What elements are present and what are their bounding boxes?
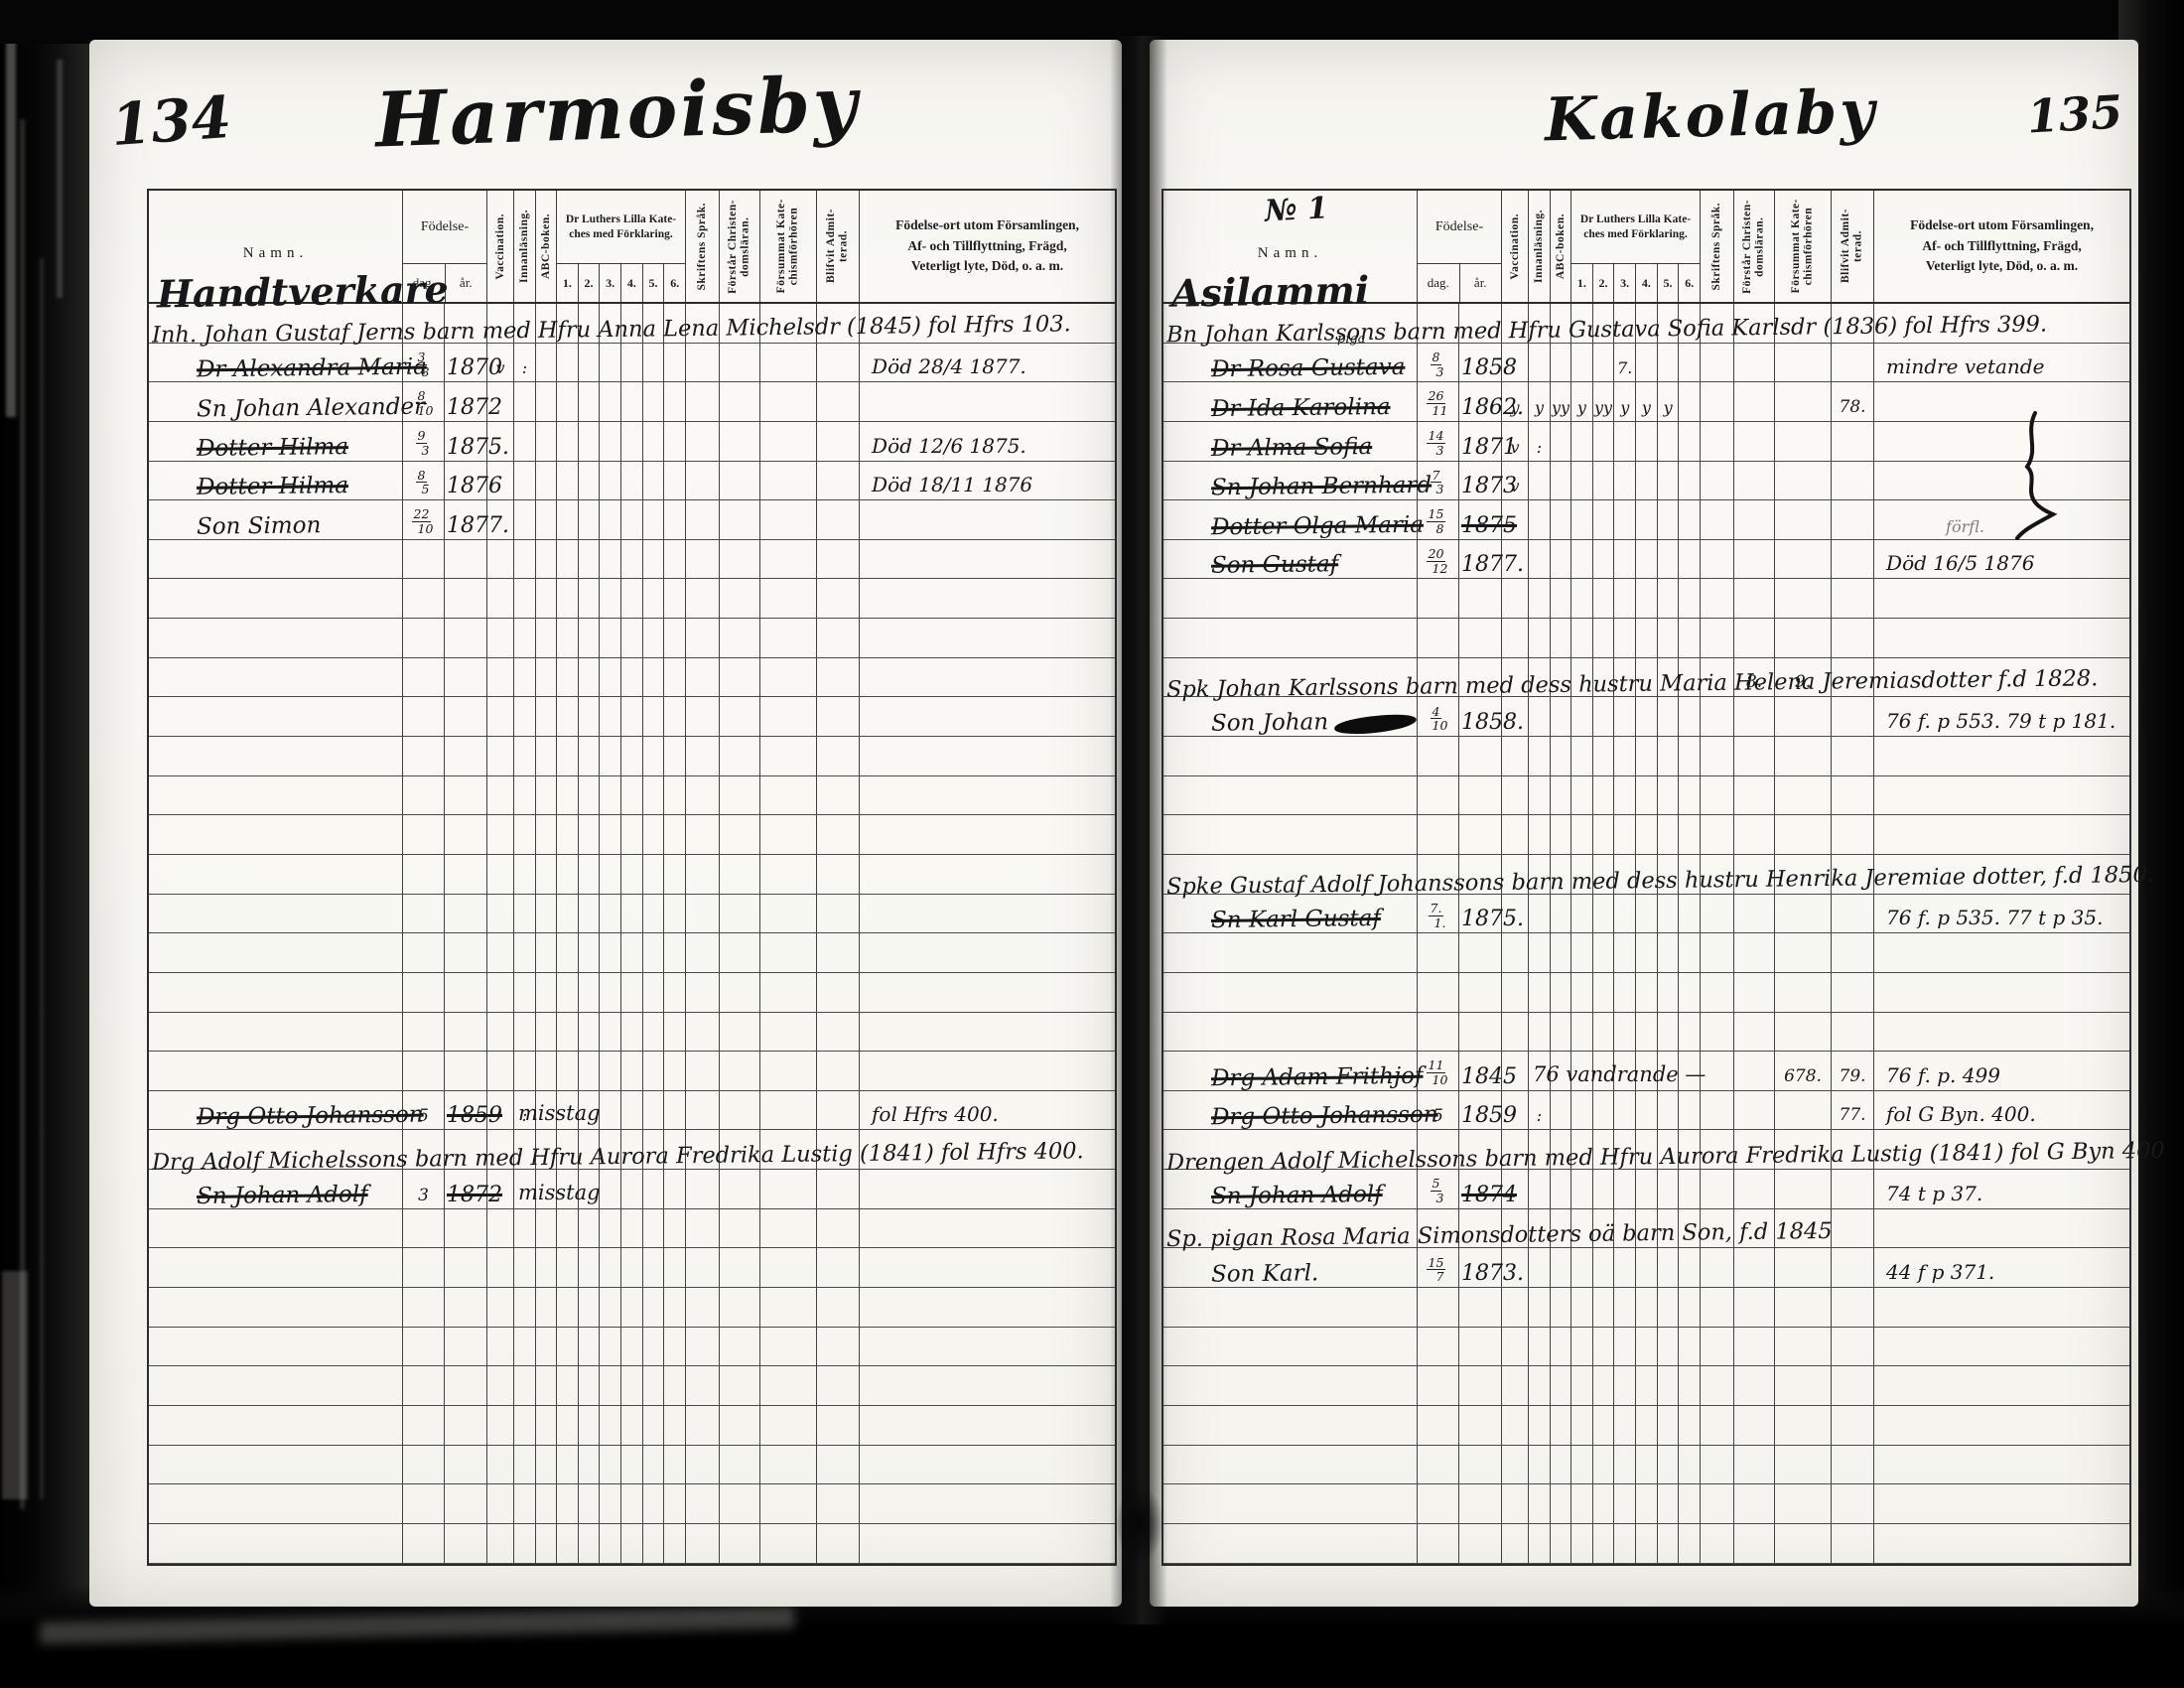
cell-k5	[1679, 422, 1701, 461]
cell-k5	[1679, 619, 1701, 657]
cell-k4	[643, 737, 665, 775]
entry-name: Dotter Hilma	[197, 475, 348, 499]
cell-abc	[536, 619, 557, 657]
header-innanlasning: Innanläsning.	[1529, 191, 1551, 302]
cell-inn: misstag	[514, 1170, 536, 1208]
cell-k0	[557, 1052, 579, 1090]
cell-forstar	[720, 895, 760, 933]
cell-namn	[149, 1052, 403, 1090]
cell-k3: y	[1636, 382, 1658, 421]
cell-skrift	[1701, 382, 1734, 421]
cell-note	[860, 500, 1115, 539]
cell-k2	[600, 540, 621, 579]
cell-k1	[1593, 500, 1615, 539]
section-label: Asilammi	[1171, 267, 1370, 315]
cell-note	[1874, 1524, 2129, 1563]
cell-blifvit	[817, 344, 860, 382]
cell-forstar	[720, 579, 760, 618]
cell-k3	[621, 855, 643, 894]
cell-forsum	[760, 382, 817, 421]
birth-year: 1876	[447, 474, 502, 498]
cell-inn	[514, 973, 536, 1012]
cell-k1	[579, 1288, 601, 1327]
cell-k2: 7.	[1614, 344, 1636, 382]
table-row: Sn Johan Adolf31872misstag	[149, 1170, 1115, 1209]
cell-note	[1874, 815, 2129, 854]
cell-k1	[579, 1013, 601, 1052]
cell-k4	[1658, 1328, 1680, 1366]
cell-k3	[1636, 737, 1658, 775]
cell-skrift	[1701, 1446, 1734, 1484]
cell-ar	[445, 1052, 487, 1090]
kateches-col-2: 2.	[579, 264, 601, 302]
cell-k3	[621, 737, 643, 775]
cell-k3	[621, 619, 643, 657]
table-row: Dotter Hilma931875.Död 12/6 1875.	[149, 422, 1115, 462]
cell-inn	[1529, 815, 1551, 854]
cell-namn	[1163, 1288, 1418, 1327]
cell-k3	[1636, 1288, 1658, 1327]
cell-ar	[1459, 1366, 1502, 1405]
note-text: 76 f. p. 499	[1886, 1063, 2000, 1087]
cell-k0	[557, 1446, 579, 1484]
cell-inn	[1529, 579, 1551, 618]
cell-skrift	[686, 344, 720, 382]
cell-note	[1874, 579, 2129, 618]
cell-k5	[664, 1484, 686, 1523]
cell-note	[1874, 1484, 2129, 1523]
cell-k1	[1593, 1524, 1615, 1563]
cell-forstar	[720, 1052, 760, 1090]
kateches-line1: Dr Luthers Lilla Kate-	[566, 212, 676, 226]
table-row	[149, 737, 1115, 776]
cell-k5	[664, 1091, 686, 1130]
cell-note	[860, 855, 1115, 894]
cell-k0	[1571, 1524, 1593, 1563]
cell-namn	[149, 973, 403, 1012]
cell-namn	[1163, 1366, 1418, 1405]
cell-k4	[643, 1288, 665, 1327]
cell-forsum	[760, 540, 817, 579]
cell-k4	[643, 697, 665, 736]
cell-k3	[1636, 1524, 1658, 1563]
cell-abc	[536, 1209, 557, 1248]
cell-forsum	[760, 1209, 817, 1248]
cell-blifvit	[817, 973, 860, 1012]
cell-k5	[1679, 382, 1701, 421]
cell-forstar	[720, 933, 760, 972]
cell-k2	[1614, 1170, 1636, 1208]
cell-forstar	[1734, 1484, 1775, 1523]
cell-forsum	[760, 1091, 817, 1130]
cell-forsum	[760, 737, 817, 775]
cell-note	[860, 540, 1115, 579]
cell-k0	[1571, 344, 1593, 382]
table-row: Son Johan4101858.76 f. p 553. 79 t p 181…	[1163, 697, 2129, 737]
cell-k2	[600, 815, 621, 854]
cell-k4	[1658, 462, 1680, 500]
cell-k3	[1636, 422, 1658, 461]
cell-forsum	[1775, 540, 1832, 579]
table-row: Sn Karl Gustaf7.1.1875.76 f. p 535. 77 t…	[1163, 895, 2129, 934]
cell-inn	[1529, 500, 1551, 539]
cell-skrift	[686, 1446, 720, 1484]
table-row	[149, 1209, 1115, 1249]
cell-k5	[1679, 1366, 1701, 1405]
cell-k3	[1636, 776, 1658, 815]
cell-namn	[149, 1484, 403, 1523]
cell-k4	[643, 1366, 665, 1405]
cell-k4	[643, 382, 665, 421]
header-forsummat-katechismforhoren: Försummat Kate- chismförhören	[1775, 191, 1832, 302]
table-row	[1163, 1288, 2129, 1328]
cell-blifvit	[817, 462, 860, 500]
cell-forstar	[1734, 540, 1775, 579]
cell-k5	[664, 1052, 686, 1090]
cell-forstar	[720, 500, 760, 539]
kateches-col-1: 1.	[1571, 264, 1593, 302]
cell-forsum	[1775, 462, 1832, 500]
kateches-col-1: 1.	[557, 264, 579, 302]
cell-blifvit	[817, 500, 860, 539]
cell-k3	[621, 973, 643, 1012]
cell-inn	[1529, 1484, 1551, 1523]
cell-forstar	[1734, 382, 1775, 421]
cell-note	[860, 815, 1115, 854]
cell-ar: 1871	[1459, 422, 1502, 461]
table-row	[149, 895, 1115, 934]
cell-k5	[1679, 815, 1701, 854]
notes-line2: Af- och Tillflyttning, Frägd,	[1922, 236, 2081, 257]
cell-k0	[1571, 815, 1593, 854]
cell-dag	[1418, 1366, 1459, 1405]
cell-forstar	[720, 344, 760, 382]
cell-ar	[445, 540, 487, 579]
cell-skrift	[1701, 815, 1734, 854]
cell-dag	[403, 1446, 445, 1484]
cell-skrift	[686, 1524, 720, 1563]
birth-year: 1859	[447, 1103, 502, 1128]
cell-k2	[1614, 462, 1636, 500]
cell-k1	[1593, 344, 1615, 382]
table-row	[149, 1052, 1115, 1091]
cell-k2	[1614, 1328, 1636, 1366]
note-text: fol G Byn. 400.	[1886, 1102, 2036, 1126]
cell-abc	[536, 697, 557, 736]
blifvit-mark: 79.	[1840, 1066, 1866, 1086]
header-skriftens-sprak: Skriftens Språk.	[1701, 191, 1734, 302]
cell-k2	[600, 500, 621, 539]
cell-k0	[1571, 933, 1593, 972]
cell-forsum	[760, 579, 817, 618]
cell-k2	[600, 1484, 621, 1523]
note-text: 76 f. p 553. 79 t p 181.	[1886, 709, 2116, 733]
cell-blifvit	[1832, 579, 1874, 618]
cell-k1	[1593, 697, 1615, 736]
cell-skrift	[1701, 1328, 1734, 1366]
namn-label: Namn.	[243, 245, 308, 262]
cell-blifvit	[817, 619, 860, 657]
cell-k2: y	[1614, 382, 1636, 421]
header-vaccination: Vaccination.	[487, 191, 514, 302]
cell-k3	[621, 344, 643, 382]
cell-inn	[514, 697, 536, 736]
cell-forsum	[760, 1484, 817, 1523]
cell-k1	[579, 382, 601, 421]
cell-blifvit	[1832, 1446, 1874, 1484]
notes-line1: Födelse-ort utom Församlingen,	[1910, 215, 2094, 236]
cell-namn: Drengen Adolf Michelssons barn med Hfru …	[1163, 1130, 1418, 1169]
table-row: Sn Johan Adolf53187474 t p 37.	[1163, 1170, 2129, 1209]
cell-k5	[664, 382, 686, 421]
cell-abc	[1551, 697, 1571, 736]
table-header: № 1 Namn. Asilammi Födelse- dag. år. Vac…	[1163, 191, 2129, 304]
cell-forsum	[760, 658, 817, 697]
kateches-col-5: 5.	[1658, 264, 1680, 302]
entry-name: Drg Adam Frithjof	[1211, 1065, 1424, 1091]
note-text: Död 16/5 1876	[1886, 551, 2034, 575]
section-label: Handtverkare	[157, 266, 449, 316]
cell-forsum	[1775, 382, 1832, 421]
cell-k3	[621, 776, 643, 815]
cell-note	[1874, 1406, 2129, 1445]
cell-blifvit	[1832, 737, 1874, 775]
cell-namn	[149, 933, 403, 972]
cell-ar	[1459, 1484, 1502, 1523]
cell-namn	[149, 1446, 403, 1484]
cell-dag	[1418, 1524, 1459, 1563]
cell-vac	[487, 579, 514, 618]
cell-blifvit: 79.	[1832, 1052, 1874, 1090]
cell-skrift	[686, 540, 720, 579]
kateches-line2: ches med Förklaring.	[569, 227, 672, 241]
cell-k0	[557, 1288, 579, 1327]
cell-dag	[403, 776, 445, 815]
cell-k4	[643, 619, 665, 657]
cell-skrift	[686, 895, 720, 933]
cell-k4	[1658, 619, 1680, 657]
cell-k2	[600, 1288, 621, 1327]
cell-forsum	[760, 1052, 817, 1090]
cell-dag	[1418, 973, 1459, 1012]
cell-k0	[557, 422, 579, 461]
cell-ar	[1459, 973, 1502, 1012]
cell-abc	[1551, 933, 1571, 972]
cell-namn	[149, 815, 403, 854]
cell-blifvit	[1832, 1248, 1874, 1287]
cell-forsum	[1775, 895, 1832, 933]
cell-dag	[403, 895, 445, 933]
cell-note	[860, 895, 1115, 933]
cell-k0	[557, 815, 579, 854]
cell-k4	[1658, 1013, 1680, 1052]
birth-day-month: 93	[418, 429, 430, 458]
cell-ar	[445, 737, 487, 775]
cell-k3	[1636, 540, 1658, 579]
cell-k2	[600, 1524, 621, 1563]
cell-k4	[1658, 1170, 1680, 1208]
cell-dag	[403, 1052, 445, 1090]
cell-k1	[579, 658, 601, 697]
cell-k0	[557, 697, 579, 736]
table-row	[149, 855, 1115, 895]
cell-vac	[1502, 1288, 1529, 1327]
kateches-mark: y	[1620, 398, 1629, 417]
cell-k1	[1593, 1170, 1615, 1208]
header-vaccination: Vaccination.	[1502, 191, 1529, 302]
cell-abc	[536, 1484, 557, 1523]
cell-skrift	[686, 382, 720, 421]
table-row	[149, 973, 1115, 1013]
cell-k3	[621, 815, 643, 854]
cell-forstar	[720, 658, 760, 697]
cell-vac	[487, 737, 514, 775]
cell-k5	[1679, 344, 1701, 382]
cell-blifvit	[1832, 462, 1874, 500]
cell-k0	[1571, 1091, 1593, 1130]
cell-k1	[1593, 737, 1615, 775]
cell-dag: 85	[403, 462, 445, 500]
entry-name: Dr Rosa Gustava	[1211, 356, 1406, 381]
cell-forsum	[1775, 1013, 1832, 1052]
cell-k1	[1593, 776, 1615, 815]
entry-name: Dr Alma Sofia	[1211, 436, 1372, 461]
cell-k5	[1679, 697, 1701, 736]
cell-ar	[445, 933, 487, 972]
cell-note	[860, 776, 1115, 815]
binding-streak	[2, 1271, 28, 1499]
cell-k5	[1679, 462, 1701, 500]
cell-k4	[643, 1406, 665, 1445]
cell-inn	[514, 1209, 536, 1248]
cell-dag	[403, 619, 445, 657]
cell-abc	[536, 1446, 557, 1484]
cell-skrift	[686, 658, 720, 697]
cell-namn: Dr Ida Karolina	[1163, 382, 1418, 421]
cell-namn	[149, 540, 403, 579]
cell-k5	[664, 1248, 686, 1287]
cell-namn	[149, 1328, 403, 1366]
cell-k0	[557, 382, 579, 421]
cell-abc	[536, 540, 557, 579]
cell-inn	[514, 540, 536, 579]
cell-k3	[621, 1328, 643, 1366]
cell-k2	[1614, 1248, 1636, 1287]
cell-k1	[579, 855, 601, 894]
cell-ar	[445, 1248, 487, 1287]
cell-namn	[149, 776, 403, 815]
cell-dag	[403, 933, 445, 972]
cell-k0	[557, 737, 579, 775]
cell-ar: 1877.	[1459, 540, 1502, 579]
cell-k3	[1636, 895, 1658, 933]
table-row	[1163, 1328, 2129, 1367]
cell-skrift	[686, 1209, 720, 1248]
cell-k0	[557, 579, 579, 618]
cell-dag: 2210	[403, 500, 445, 539]
cell-abc	[536, 344, 557, 382]
cell-abc	[1551, 344, 1571, 382]
cell-forstar	[720, 1366, 760, 1405]
cell-note	[860, 382, 1115, 421]
cell-forsum	[760, 776, 817, 815]
cell-k5	[1679, 1091, 1701, 1130]
cell-k5	[1679, 1013, 1701, 1052]
cell-abc	[536, 737, 557, 775]
page-number: 134	[109, 83, 234, 159]
birth-day-month: 1110	[1429, 1058, 1448, 1087]
cell-k3	[1636, 1328, 1658, 1366]
cell-note	[860, 737, 1115, 775]
cell-ar: 1858	[1459, 344, 1502, 382]
header-forsummat-katechismforhoren: Försummat Kate- chismförhören	[760, 191, 817, 302]
table-row: Son Gustaf20121877.Död 16/5 1876	[1163, 540, 2129, 580]
cell-k2	[600, 697, 621, 736]
cell-k4	[643, 1170, 665, 1208]
cell-dag	[403, 1484, 445, 1523]
cell-k3	[621, 1406, 643, 1445]
table-row: Son Karl.1571873.44 f p 371.	[1163, 1248, 2129, 1288]
table-row	[1163, 737, 2129, 776]
cell-k1	[1593, 1013, 1615, 1052]
table-row: Dr Rosa Gustavapiga8318587.mindre vetand…	[1163, 344, 2129, 383]
cell-forsum	[760, 815, 817, 854]
cell-k3	[621, 462, 643, 500]
cell-dag	[403, 1248, 445, 1287]
cell-note: fol G Byn. 400.	[1874, 1091, 2129, 1130]
cell-k5	[1679, 1524, 1701, 1563]
cell-k5	[664, 895, 686, 933]
cell-k5	[664, 500, 686, 539]
note-text: Död 28/4 1877.	[872, 354, 1026, 378]
cell-ar	[445, 973, 487, 1012]
cell-k4	[1658, 933, 1680, 972]
cell-abc	[536, 1288, 557, 1327]
cell-k4	[1658, 1524, 1680, 1563]
cell-skrift	[686, 1484, 720, 1523]
cell-abc	[1551, 619, 1571, 657]
cell-k4	[1658, 540, 1680, 579]
cell-k4	[643, 855, 665, 894]
cell-ar	[445, 1209, 487, 1248]
cell-dag: 2611	[1418, 382, 1459, 421]
cell-forsum	[1775, 737, 1832, 775]
table-row: Spke Gustaf Adolf Johanssons barn med de…	[1163, 855, 2129, 895]
cell-k0	[1571, 462, 1593, 500]
cell-abc	[536, 895, 557, 933]
cell-blifvit	[1832, 697, 1874, 736]
cell-k4	[643, 1484, 665, 1523]
cell-vac	[1502, 1366, 1529, 1405]
table-row	[149, 1248, 1115, 1288]
cell-k5	[664, 776, 686, 815]
table-row	[1163, 933, 2129, 973]
village-title: Kakolaby	[1544, 77, 1878, 156]
cell-k1	[1593, 1366, 1615, 1405]
cell-inn	[1529, 1366, 1551, 1405]
header-fodelse: Födelse- dag. år.	[1418, 191, 1502, 302]
cell-abc	[1551, 1288, 1571, 1327]
birth-year: 1872	[447, 1183, 502, 1207]
cell-abc	[1551, 776, 1571, 815]
cell-abc	[1551, 1248, 1571, 1287]
cell-inn	[1529, 1328, 1551, 1366]
cell-inn	[514, 1484, 536, 1523]
cell-forstar	[720, 1170, 760, 1208]
header-forstar-christendomslaran: Förstår Christen- domsläran.	[1734, 191, 1775, 302]
cell-skrift	[686, 1091, 720, 1130]
cell-inn	[514, 619, 536, 657]
